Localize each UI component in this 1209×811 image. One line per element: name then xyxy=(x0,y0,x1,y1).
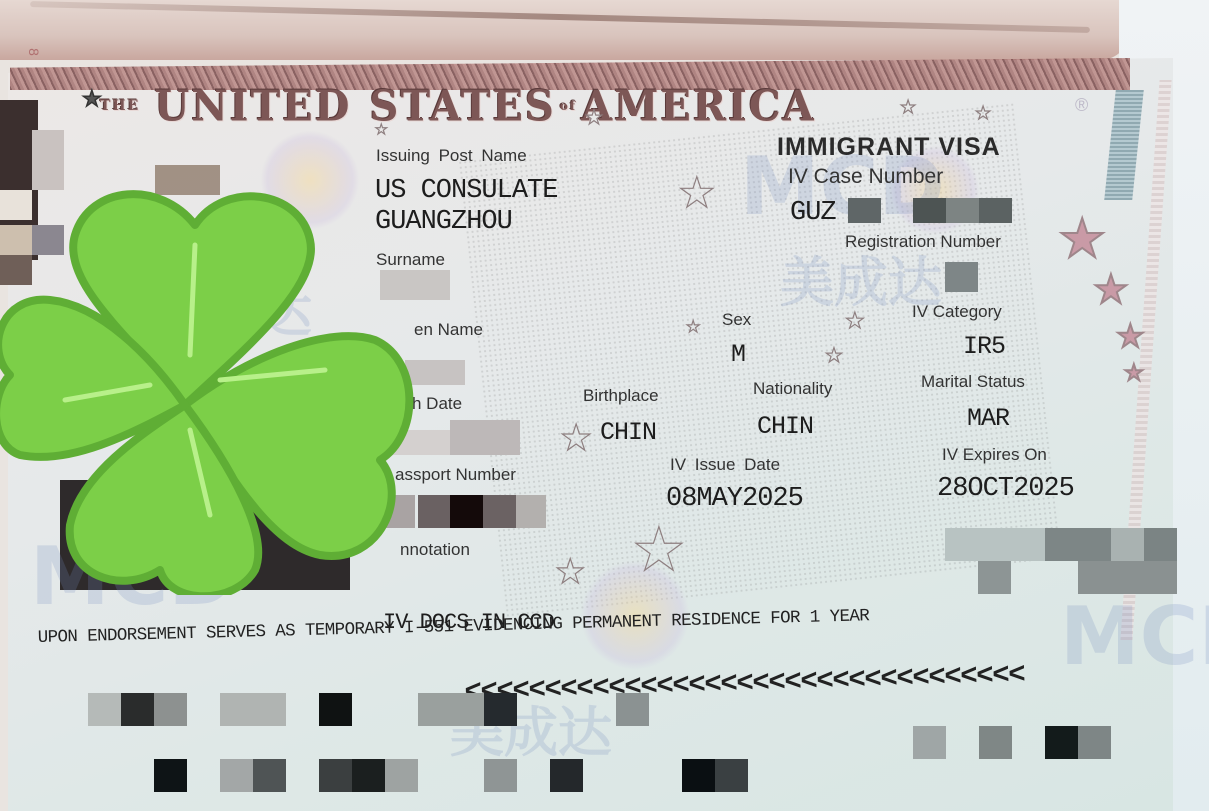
redaction-block xyxy=(1045,528,1111,561)
sex-label: Sex xyxy=(722,310,751,330)
passport-number-redaction xyxy=(450,495,483,528)
mrz-redaction xyxy=(385,759,418,792)
birthplace-label: Birthplace xyxy=(583,386,659,406)
header-united: UNITED xyxy=(154,81,351,130)
star-outline-icon: ★ xyxy=(686,320,700,336)
star-outline-icon: ★ xyxy=(825,346,843,366)
mrz-redaction xyxy=(319,693,352,726)
marital-status-value: MAR xyxy=(967,404,1009,433)
mrz-redaction xyxy=(154,693,187,726)
header-the: THE xyxy=(100,98,140,114)
registered-mark: ® xyxy=(1075,95,1088,116)
mrz-redaction xyxy=(352,759,385,792)
mrz-redaction xyxy=(682,759,715,792)
mrz-redaction xyxy=(418,693,484,726)
mrz-redaction xyxy=(979,726,1012,759)
clover-sticker-icon xyxy=(0,175,420,595)
mrz-redaction xyxy=(550,759,583,792)
passport-number-redaction xyxy=(483,495,516,528)
star-outline-icon: ★ xyxy=(82,88,102,110)
star-outline-icon: ★ xyxy=(845,310,865,332)
iv-case-number-label: IV Case Number xyxy=(788,165,943,189)
passport-number-redaction xyxy=(516,495,546,528)
iv-case-number-redaction xyxy=(848,198,881,223)
mrz-redaction xyxy=(484,693,517,726)
page-number-mark: 8 xyxy=(26,48,42,56)
mrz-redaction xyxy=(319,759,352,792)
iv-category-value: IR5 xyxy=(963,332,1005,361)
star-outline-icon: ★ xyxy=(632,520,686,580)
mrz-redaction xyxy=(1045,726,1078,759)
mrz-redaction xyxy=(220,693,286,726)
nationality-value: CHIN xyxy=(757,412,813,441)
visa-header-title: THE UNITED STATES of AMERICA xyxy=(100,80,860,132)
mrz-redaction xyxy=(616,693,649,726)
pink-star-icon: ★ xyxy=(1058,212,1106,266)
passport-number-redaction xyxy=(418,495,450,528)
star-outline-icon: ★ xyxy=(555,555,585,589)
nationality-label: Nationality xyxy=(753,379,832,399)
mrz-redaction xyxy=(253,759,286,792)
mrz-redaction xyxy=(220,759,253,792)
iv-case-number-redaction xyxy=(913,198,946,223)
mrz-redaction xyxy=(913,726,946,759)
mrz-redaction xyxy=(154,759,187,792)
watermark-text: MCD xyxy=(1060,590,1209,683)
mrz-redaction xyxy=(88,693,121,726)
iv-case-number-prefix: GUZ xyxy=(790,198,836,228)
sex-value: M xyxy=(731,340,745,369)
pink-star-icon: ★ xyxy=(1093,270,1129,310)
star-outline-icon: ★ xyxy=(678,172,716,214)
iv-issue-date-label: IV Issue Date xyxy=(670,455,780,475)
registration-number-redaction xyxy=(945,262,978,292)
header-of: of xyxy=(560,99,577,113)
redaction-block xyxy=(978,561,1011,594)
redaction-block xyxy=(945,528,1045,561)
mrz-redaction xyxy=(484,759,517,792)
mrz-redaction xyxy=(715,759,748,792)
birth-date-redaction xyxy=(450,420,520,455)
visa-title: IMMIGRANT VISA xyxy=(777,133,1001,162)
birthplace-value: CHIN xyxy=(600,418,656,447)
iv-expires-on-value: 28OCT2025 xyxy=(937,474,1074,504)
pink-star-icon: ★ xyxy=(1116,320,1145,352)
iv-expires-on-label: IV Expires On xyxy=(942,445,1047,465)
registration-number-label: Registration Number xyxy=(845,232,1001,252)
star-outline-icon: ★ xyxy=(560,420,592,456)
mrz-redaction xyxy=(121,693,154,726)
page-crease xyxy=(30,1,1090,33)
redaction-block xyxy=(1111,528,1144,561)
iv-case-number-redaction xyxy=(979,198,1012,223)
star-outline-icon: ★ xyxy=(975,104,991,122)
background-page-top xyxy=(0,0,1130,60)
star-outline-icon: ★ xyxy=(585,108,603,128)
given-name-label: en Name xyxy=(414,320,483,340)
redaction-block xyxy=(1144,528,1177,561)
iv-issue-date-value: 08MAY2025 xyxy=(666,484,803,514)
header-america: AMERICA xyxy=(581,81,816,130)
mrz-redaction xyxy=(1078,726,1111,759)
star-outline-icon: ★ xyxy=(375,122,388,136)
pink-star-icon: ★ xyxy=(1124,362,1144,384)
header-states: STATES xyxy=(369,81,555,130)
redaction-block xyxy=(1078,561,1177,594)
iv-case-number-redaction xyxy=(946,198,979,223)
iv-category-label: IV Category xyxy=(912,302,1002,322)
issuing-post-label: Issuing Post Name xyxy=(376,146,527,166)
marital-status-label: Marital Status xyxy=(921,372,1025,392)
star-outline-icon: ★ xyxy=(900,98,916,116)
